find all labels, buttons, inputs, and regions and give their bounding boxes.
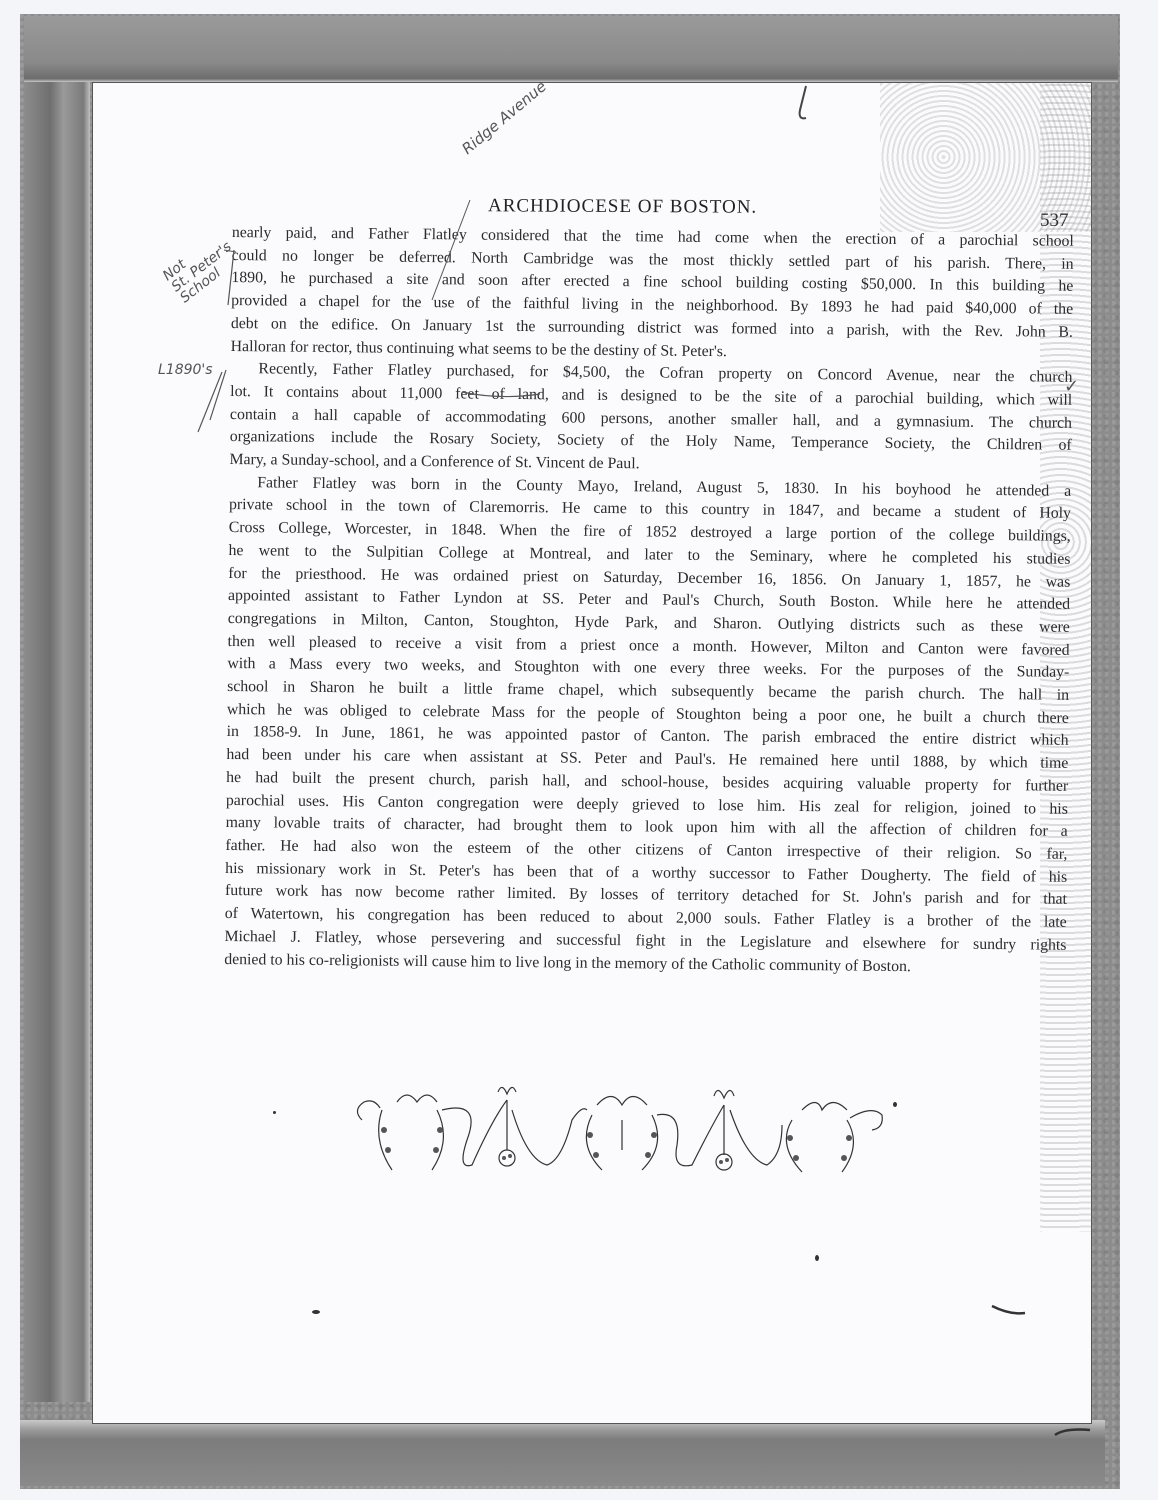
scan-speck (273, 1111, 276, 1114)
body-text: nearly paid, and Father Flatley consider… (224, 222, 1074, 980)
scan-speck (815, 1255, 819, 1261)
book-binding-bottom (20, 1420, 1105, 1486)
checkmark-icon: ✓ (1064, 376, 1079, 397)
scan-speck (312, 1310, 320, 1314)
scan-speck (893, 1102, 897, 1107)
running-head: ARCHDIOCESE OF BOSTON. (488, 195, 757, 218)
wreath-ribbon-garland-icon (352, 1080, 892, 1180)
book-binding-left (24, 82, 90, 1402)
handwritten-1890s: L1890's (158, 362, 213, 378)
page-number: 537 (1040, 210, 1069, 232)
book-binding-top (24, 16, 1118, 82)
